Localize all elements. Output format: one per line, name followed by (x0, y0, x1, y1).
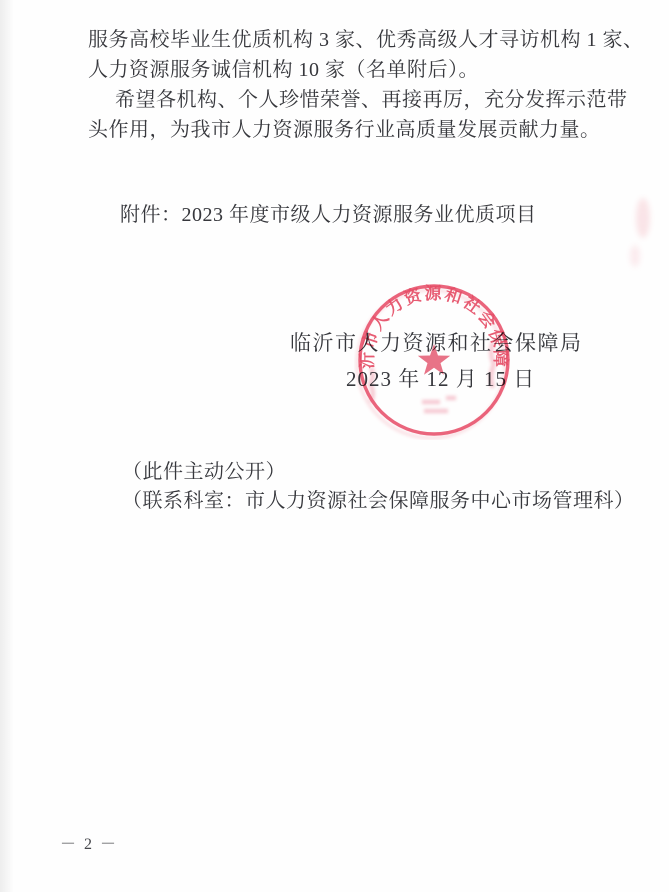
issue-date: 2023 年 12 月 15 日 (346, 363, 535, 395)
seal-ring (360, 286, 508, 434)
seal-graphic: 临沂市人力资源和社会保障局 (354, 280, 514, 440)
scan-artifact (636, 198, 650, 238)
official-seal: 临沂市人力资源和社会保障局 (354, 280, 514, 440)
body-paragraphs: 服务高校毕业生优质机构 3 家、优秀高级人才寻访机构 1 家、 人力资源服务诚信… (88, 25, 644, 145)
issuer-name: 临沂市人力资源和社会保障局 (290, 327, 583, 359)
note-line: （此件主动公开） (122, 458, 635, 487)
body-line: 希望各机构、个人珍惜荣誉、再接再厉，充分发挥示范带 (88, 85, 644, 115)
attachment-line: 附件：2023 年度市级人力资源服务业优质项目 (120, 200, 537, 230)
body-line: 服务高校毕业生优质机构 3 家、优秀高级人才寻访机构 1 家、 (88, 25, 644, 55)
note-line: （联系科室：市人力资源社会保障服务中心市场管理科） (122, 487, 635, 516)
page-number: － 2 － (60, 834, 118, 856)
scan-artifact (630, 245, 640, 267)
document-page: 服务高校毕业生优质机构 3 家、优秀高级人才寻访机构 1 家、 人力资源服务诚信… (0, 0, 669, 892)
notes-block: （此件主动公开） （联系科室：市人力资源社会保障服务中心市场管理科） (122, 458, 635, 516)
body-line: 人力资源服务诚信机构 10 家（名单附后）。 (88, 55, 644, 85)
body-line: 头作用，为我市人力资源服务行业高质量发展贡献力量。 (88, 115, 644, 145)
